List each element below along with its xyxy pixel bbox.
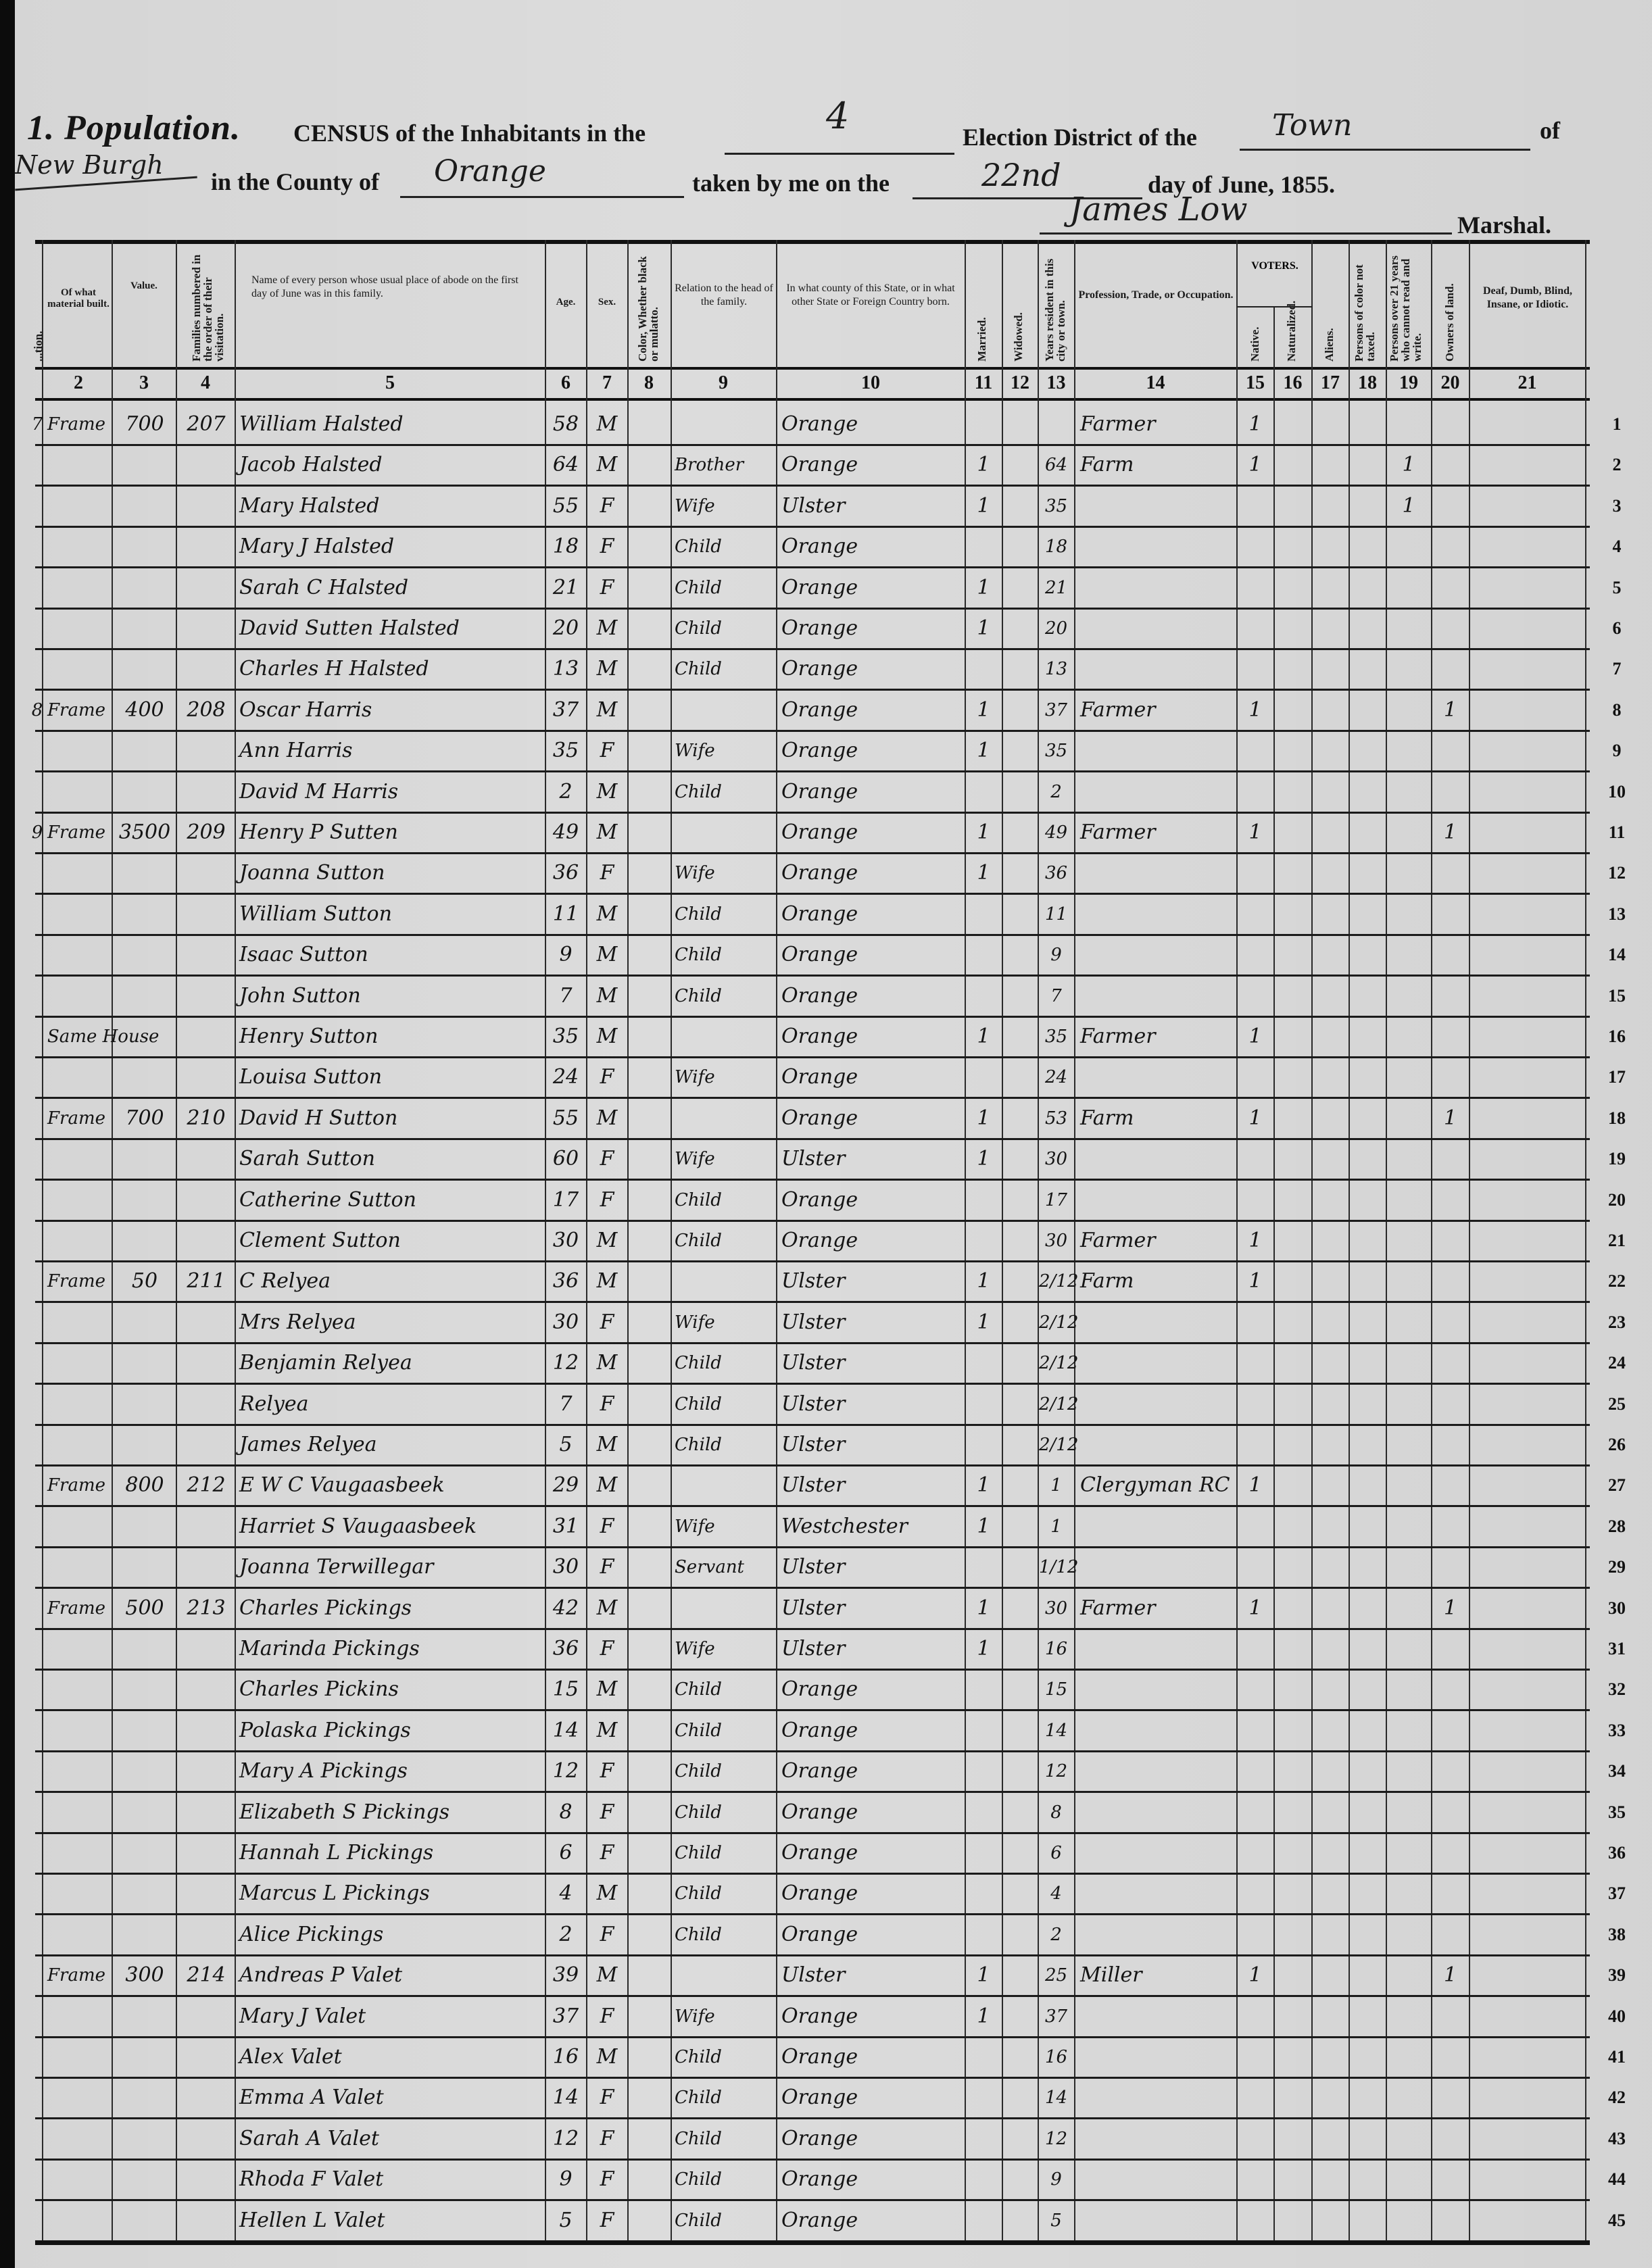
value-cell: 3500	[115, 817, 174, 848]
line-number: 6	[1597, 618, 1637, 639]
occupation-cell	[1080, 1552, 1236, 1583]
occupation-cell	[1080, 1674, 1236, 1705]
owner-of-land-cell	[1432, 1878, 1468, 1909]
table-row: David M Harris2MChildOrange210	[35, 772, 1590, 814]
line-number: 28	[1597, 1517, 1637, 1537]
years-resident-cell: 2/12	[1039, 1348, 1073, 1379]
dwelling-number	[30, 1756, 45, 1787]
line-number: 22	[1597, 1271, 1637, 1291]
material-cell	[47, 1878, 112, 1909]
value-cell	[115, 1674, 174, 1705]
sex-cell: F	[587, 572, 627, 603]
dwelling-number	[30, 2205, 45, 2236]
table-row: Sarah Sutton60FWifeUlster13019	[35, 1139, 1590, 1181]
birthplace-cell: Orange	[781, 1878, 963, 1909]
native-voter-cell: 1	[1238, 1593, 1273, 1624]
table-row: William Sutton11MChildOrange1113	[35, 895, 1590, 936]
dwelling-number	[30, 735, 45, 766]
material-cell	[47, 2205, 112, 2236]
birthplace-cell: Orange	[781, 899, 963, 930]
sex-cell: M	[587, 1470, 627, 1501]
dwelling-number	[30, 981, 45, 1012]
line-number: 26	[1597, 1435, 1637, 1455]
sex-cell: F	[587, 1511, 627, 1542]
dwelling-number	[30, 1715, 45, 1746]
married-cell	[966, 1552, 1001, 1583]
value-cell	[115, 2001, 174, 2032]
col-number: 3	[113, 372, 175, 394]
material-cell	[47, 1715, 112, 1746]
years-resident-cell: 15	[1039, 1674, 1073, 1705]
material-cell	[47, 1674, 112, 1705]
native-voter-cell	[1238, 1429, 1273, 1460]
col18-header: Persons of color not taxed.	[1353, 253, 1383, 362]
line-number: 34	[1597, 1761, 1637, 1781]
value-cell	[115, 1429, 174, 1460]
material-cell: Frame	[47, 1960, 112, 1991]
occupation-cell	[1080, 776, 1236, 808]
table-row: David Sutten Halsted20MChildOrange1206	[35, 609, 1590, 650]
census-page: 1. Population. CENSUS of the Inhabitants…	[15, 0, 1652, 2268]
years-resident-cell: 8	[1039, 1797, 1073, 1828]
cannot-read-write-cell	[1387, 1103, 1430, 1134]
widowed-cell	[1003, 572, 1037, 603]
family-number-cell	[178, 1797, 234, 1828]
dwelling-number	[30, 939, 45, 970]
married-cell: 1	[966, 572, 1001, 603]
line-number: 30	[1597, 1598, 1637, 1619]
relation-cell: Child	[675, 613, 775, 644]
owner-of-land-cell	[1432, 1307, 1468, 1338]
age-cell: 5	[546, 1429, 585, 1460]
line-number: 19	[1597, 1149, 1637, 1169]
married-cell: 1	[966, 1103, 1001, 1134]
age-cell: 15	[546, 1674, 585, 1705]
sex-cell: M	[587, 654, 627, 685]
relation-cell: Child	[675, 1185, 775, 1216]
age-cell: 24	[546, 1062, 585, 1093]
col-number: 13	[1039, 372, 1073, 394]
years-resident-cell: 7	[1039, 981, 1073, 1012]
owner-of-land-cell	[1432, 1756, 1468, 1787]
cannot-read-write-cell	[1387, 1715, 1430, 1746]
married-cell	[966, 1878, 1001, 1909]
family-number-cell	[178, 1429, 234, 1460]
value-cell	[115, 735, 174, 766]
widowed-cell	[1003, 1797, 1037, 1828]
occupation-cell	[1080, 1511, 1236, 1542]
cannot-read-write-cell	[1387, 1021, 1430, 1052]
line-number: 41	[1597, 2047, 1637, 2067]
cannot-read-write-cell	[1387, 1348, 1430, 1379]
table-row: Alice Pickings2FChildOrange238	[35, 1915, 1590, 1956]
cannot-read-write-cell	[1387, 1756, 1430, 1787]
years-resident-cell: 13	[1039, 654, 1073, 685]
colnum-bottom-rule	[35, 398, 1590, 401]
married-cell	[966, 2205, 1001, 2236]
age-cell: 30	[546, 1225, 585, 1256]
native-voter-cell: 1	[1238, 1225, 1273, 1256]
owner-of-land-cell: 1	[1432, 695, 1468, 726]
age-cell: 12	[546, 1348, 585, 1379]
occupation-cell	[1080, 572, 1236, 603]
table-row: Charles H Halsted13MChildOrange137	[35, 649, 1590, 691]
age-cell: 39	[546, 1960, 585, 1991]
age-cell: 7	[546, 981, 585, 1012]
family-number-cell: 208	[178, 695, 234, 726]
family-number-cell	[178, 449, 234, 480]
owner-of-land-cell	[1432, 2123, 1468, 2154]
dwelling-number	[30, 2164, 45, 2195]
married-cell: 1	[966, 1960, 1001, 1991]
birthplace-cell: Ulster	[781, 1307, 963, 1338]
native-voter-cell	[1238, 2082, 1273, 2113]
occupation-cell	[1080, 2001, 1236, 2032]
native-voter-cell	[1238, 1143, 1273, 1175]
table-row: 9Frame3500209Henry P Sutten49MOrange149F…	[35, 813, 1590, 854]
relation-cell: Servant	[675, 1552, 775, 1583]
birthplace-cell: Ulster	[781, 1389, 963, 1420]
family-number-cell	[178, 2123, 234, 2154]
col-number: 15	[1238, 372, 1273, 394]
material-cell	[47, 939, 112, 970]
dwelling-number	[30, 2001, 45, 2032]
relation-cell: Child	[675, 1756, 775, 1787]
owner-of-land-cell	[1432, 1143, 1468, 1175]
birthplace-cell: Orange	[781, 613, 963, 644]
table-row: Benjamin Relyea12MChildUlster2/1224	[35, 1343, 1590, 1385]
years-resident-cell: 1/12	[1039, 1552, 1073, 1583]
years-resident-cell: 64	[1039, 449, 1073, 480]
value-cell	[115, 1143, 174, 1175]
line-number: 23	[1597, 1312, 1637, 1333]
value-cell	[115, 654, 174, 685]
col-number: 21	[1470, 372, 1584, 394]
owner-of-land-cell	[1432, 1266, 1468, 1297]
material-cell	[47, 1307, 112, 1338]
married-cell: 1	[966, 695, 1001, 726]
widowed-cell	[1003, 1552, 1037, 1583]
age-cell: 2	[546, 1919, 585, 1950]
family-number-cell	[178, 776, 234, 808]
family-number-cell	[178, 1633, 234, 1665]
relation-cell: Child	[675, 531, 775, 562]
age-cell: 2	[546, 776, 585, 808]
material-cell	[47, 1919, 112, 1950]
table-row: John Sutton7MChildOrange715	[35, 977, 1590, 1018]
col-number: 12	[1003, 372, 1037, 394]
birthplace-cell: Orange	[781, 531, 963, 562]
birthplace-cell: Ulster	[781, 1593, 963, 1624]
widowed-cell	[1003, 695, 1037, 726]
native-voter-cell: 1	[1238, 1960, 1273, 1991]
dwelling-number	[30, 1143, 45, 1175]
sex-cell: M	[587, 981, 627, 1012]
occupation-cell	[1080, 2164, 1236, 2195]
col-number: 6	[546, 372, 585, 394]
cannot-read-write-cell	[1387, 1511, 1430, 1542]
material-cell: Frame	[47, 409, 112, 440]
cannot-read-write-cell	[1387, 1062, 1430, 1093]
married-cell: 1	[966, 1470, 1001, 1501]
native-voter-cell	[1238, 2205, 1273, 2236]
age-cell: 58	[546, 409, 585, 440]
owner-of-land-cell: 1	[1432, 1960, 1468, 1991]
sex-cell: M	[587, 776, 627, 808]
age-cell: 30	[546, 1552, 585, 1583]
sex-cell: M	[587, 449, 627, 480]
owner-of-land-cell	[1432, 1021, 1468, 1052]
header-bottom-rule	[35, 367, 1590, 370]
owner-of-land-cell: 1	[1432, 1103, 1468, 1134]
relation-cell	[675, 695, 775, 726]
widowed-cell	[1003, 2205, 1037, 2236]
age-cell: 55	[546, 491, 585, 522]
sex-cell: F	[587, 1797, 627, 1828]
owner-of-land-cell	[1432, 654, 1468, 685]
birthplace-cell: Ulster	[781, 491, 963, 522]
cannot-read-write-cell	[1387, 735, 1430, 766]
birthplace-cell: Orange	[781, 981, 963, 1012]
birthplace-cell: Orange	[781, 776, 963, 808]
married-cell: 1	[966, 1266, 1001, 1297]
occupation-cell	[1080, 1429, 1236, 1460]
relation-cell	[675, 817, 775, 848]
years-resident-cell: 2	[1039, 776, 1073, 808]
family-number-cell	[178, 1185, 234, 1216]
relation-cell: Child	[675, 2042, 775, 2073]
married-cell: 1	[966, 1511, 1001, 1542]
birthplace-cell: Orange	[781, 1797, 963, 1828]
age-cell: 17	[546, 1185, 585, 1216]
col-number: 18	[1350, 372, 1385, 394]
value-cell	[115, 2042, 174, 2073]
value-cell: 800	[115, 1470, 174, 1501]
col5-header: Name of every person whose usual place o…	[251, 274, 535, 301]
occupation-cell: Farmer	[1080, 1225, 1236, 1256]
table-row: Harriet S Vaugaasbeek31FWifeWestchester1…	[35, 1507, 1590, 1548]
occupation-cell: Farm	[1080, 449, 1236, 480]
birthplace-cell: Ulster	[781, 1348, 963, 1379]
married-cell: 1	[966, 613, 1001, 644]
col8-header: Color, Whether black or mulatto.	[637, 253, 666, 362]
sex-cell: F	[587, 1756, 627, 1787]
widowed-cell	[1003, 981, 1037, 1012]
relation-cell: Child	[675, 1797, 775, 1828]
cannot-read-write-cell	[1387, 1593, 1430, 1624]
table-row: Louisa Sutton24FWifeOrange2417	[35, 1058, 1590, 1099]
cannot-read-write-cell	[1387, 1470, 1430, 1501]
widowed-cell	[1003, 735, 1037, 766]
value-cell: 400	[115, 695, 174, 726]
family-number-cell	[178, 2205, 234, 2236]
married-cell: 1	[966, 2001, 1001, 2032]
dwelling-number	[30, 1307, 45, 1338]
married-cell	[966, 1389, 1001, 1420]
family-number-cell: 210	[178, 1103, 234, 1134]
person-name-cell: Sarah Sutton	[239, 1143, 543, 1175]
family-number-cell	[178, 735, 234, 766]
dwelling-number	[30, 654, 45, 685]
voters-group-header: VOTERS.	[1238, 260, 1312, 272]
dwelling-number	[30, 2082, 45, 2113]
sex-cell: F	[587, 1633, 627, 1665]
widowed-cell	[1003, 939, 1037, 970]
family-number-cell	[178, 1756, 234, 1787]
cannot-read-write-cell	[1387, 1552, 1430, 1583]
owner-of-land-cell	[1432, 1429, 1468, 1460]
cannot-read-write-cell	[1387, 817, 1430, 848]
family-number-cell	[178, 1552, 234, 1583]
occupation-cell	[1080, 1389, 1236, 1420]
owner-of-land-cell	[1432, 1838, 1468, 1869]
occupation-cell	[1080, 1348, 1236, 1379]
married-cell: 1	[966, 858, 1001, 889]
cannot-read-write-cell: 1	[1387, 491, 1430, 522]
occupation-cell	[1080, 1878, 1236, 1909]
relation-cell: Child	[675, 981, 775, 1012]
native-voter-cell	[1238, 531, 1273, 562]
widowed-cell	[1003, 899, 1037, 930]
value-cell: 700	[115, 409, 174, 440]
native-voter-cell	[1238, 1185, 1273, 1216]
family-number-cell	[178, 858, 234, 889]
relation-cell	[675, 1021, 775, 1052]
person-name-cell: Polaska Pickings	[239, 1715, 543, 1746]
line-number: 1	[1597, 414, 1637, 435]
birthplace-cell: Orange	[781, 939, 963, 970]
material-cell: Frame	[47, 1266, 112, 1297]
birthplace-cell: Orange	[781, 1674, 963, 1705]
person-name-cell: Harriet S Vaugaasbeek	[239, 1511, 543, 1542]
person-name-cell: Marinda Pickings	[239, 1633, 543, 1665]
widowed-cell	[1003, 2123, 1037, 2154]
owner-of-land-cell	[1432, 1674, 1468, 1705]
widowed-cell	[1003, 1389, 1037, 1420]
material-cell	[47, 1225, 112, 1256]
native-voter-cell	[1238, 1307, 1273, 1338]
value-cell	[115, 776, 174, 808]
native-voter-cell: 1	[1238, 695, 1273, 726]
married-cell	[966, 1838, 1001, 1869]
table-row: Elizabeth S Pickings8FChildOrange835	[35, 1793, 1590, 1834]
dwelling-number	[30, 1062, 45, 1093]
header-line2-prefix: in the County of	[211, 168, 379, 196]
years-resident-cell: 2/12	[1039, 1389, 1073, 1420]
line-number: 11	[1597, 822, 1637, 843]
married-cell	[966, 531, 1001, 562]
relation-cell: Wife	[675, 735, 775, 766]
material-cell: Same House	[47, 1021, 112, 1052]
line-number: 32	[1597, 1679, 1637, 1700]
years-resident-cell: 49	[1039, 817, 1073, 848]
value-cell	[115, 899, 174, 930]
occupation-cell	[1080, 1062, 1236, 1093]
cannot-read-write-cell	[1387, 1143, 1430, 1175]
married-cell	[966, 1797, 1001, 1828]
owner-of-land-cell	[1432, 1062, 1468, 1093]
native-voter-cell: 1	[1238, 817, 1273, 848]
dwelling-number: 9	[30, 817, 45, 848]
sex-cell: M	[587, 1674, 627, 1705]
sex-cell: F	[587, 1552, 627, 1583]
native-voter-cell	[1238, 572, 1273, 603]
married-cell: 1	[966, 1633, 1001, 1665]
widowed-cell	[1003, 1307, 1037, 1338]
value-cell	[115, 1797, 174, 1828]
married-cell	[966, 899, 1001, 930]
native-voter-cell	[1238, 1062, 1273, 1093]
material-cell	[47, 1348, 112, 1379]
birthplace-cell: Ulster	[781, 1552, 963, 1583]
table-row: James Relyea5MChildUlster2/1226	[35, 1425, 1590, 1466]
person-name-cell: C Relyea	[239, 1266, 543, 1297]
cannot-read-write-cell	[1387, 2042, 1430, 2073]
material-cell	[47, 1756, 112, 1787]
occupation-cell: Farm	[1080, 1103, 1236, 1134]
header-line1-suffix: of	[1540, 116, 1560, 145]
native-voter-cell	[1238, 776, 1273, 808]
owner-of-land-cell	[1432, 1185, 1468, 1216]
occupation-cell	[1080, 858, 1236, 889]
col-number: 7	[587, 372, 627, 394]
sex-cell: F	[587, 1062, 627, 1093]
sex-cell: M	[587, 1103, 627, 1134]
dwelling-number	[30, 2042, 45, 2073]
sex-cell: F	[587, 1838, 627, 1869]
widowed-cell	[1003, 449, 1037, 480]
native-voter-cell	[1238, 1797, 1273, 1828]
col13-header: Years resident in this city or town.	[1044, 253, 1071, 362]
person-name-cell: Charles Pickins	[239, 1674, 543, 1705]
table-row: Mary J Valet37FWifeOrange13740	[35, 1997, 1590, 2038]
sex-cell: F	[587, 2123, 627, 2154]
widowed-cell	[1003, 1021, 1037, 1052]
family-number-cell	[178, 531, 234, 562]
col19-header: Persons over 21 years who cannot read an…	[1388, 253, 1429, 362]
relation-cell: Wife	[675, 1307, 775, 1338]
voters-divider	[1236, 306, 1313, 307]
family-number-cell	[178, 899, 234, 930]
years-resident-cell: 37	[1039, 2001, 1073, 2032]
age-cell: 60	[546, 1143, 585, 1175]
dwelling-number	[30, 1960, 45, 1991]
table-row: Frame700210David H Sutton55MOrange153Far…	[35, 1099, 1590, 1140]
line-number: 27	[1597, 1475, 1637, 1496]
relation-cell: Child	[675, 776, 775, 808]
native-voter-cell	[1238, 899, 1273, 930]
family-number-cell	[178, 1878, 234, 1909]
material-cell	[47, 2042, 112, 2073]
cannot-read-write-cell	[1387, 1797, 1430, 1828]
value-cell	[115, 1715, 174, 1746]
native-voter-cell: 1	[1238, 1103, 1273, 1134]
family-number-cell: 211	[178, 1266, 234, 1297]
widowed-cell	[1003, 409, 1037, 440]
widowed-cell	[1003, 1878, 1037, 1909]
table-row: Marinda Pickings36FWifeUlster11631	[35, 1629, 1590, 1671]
years-resident-cell: 14	[1039, 1715, 1073, 1746]
owner-of-land-cell	[1432, 1715, 1468, 1746]
col6-header: Age.	[546, 297, 585, 308]
sex-cell: F	[587, 531, 627, 562]
line-number: 16	[1597, 1027, 1637, 1047]
dwelling-number	[30, 1470, 45, 1501]
age-cell: 36	[546, 1266, 585, 1297]
value-cell	[115, 1633, 174, 1665]
material-cell	[47, 1062, 112, 1093]
family-number-cell: 209	[178, 817, 234, 848]
